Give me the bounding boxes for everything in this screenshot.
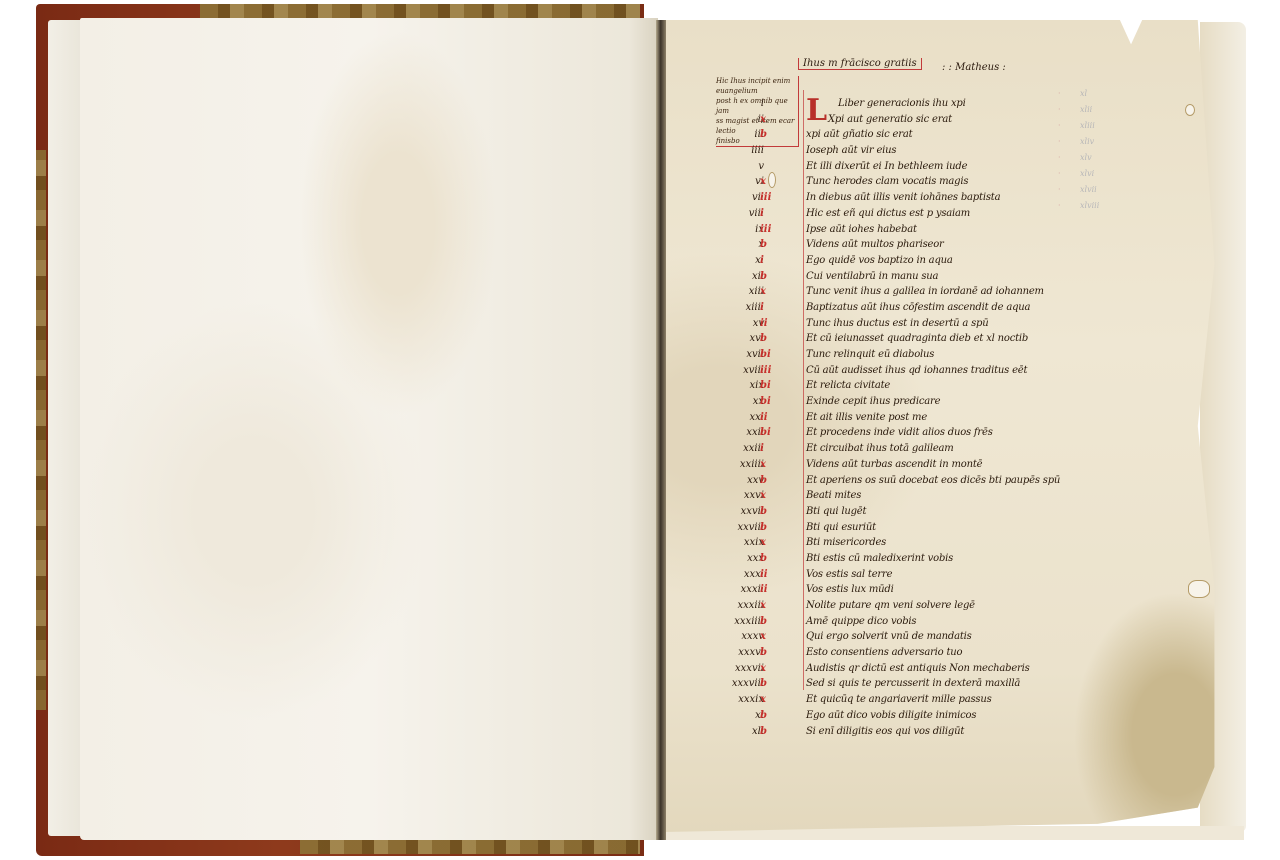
chapter-number: vii [704, 192, 764, 203]
chapter-number: xxi [704, 412, 764, 423]
chapter-row: xxiiiixVidens aūt turbas ascendit in mon… [704, 459, 1224, 475]
chapter-row: xiiiiiBaptizatus aūt ihus cōfestim ascen… [704, 302, 1224, 318]
chapter-row: ixiiiIpse aūt iohes habebat [704, 224, 1224, 240]
rubric-mark: b [760, 616, 790, 627]
chapter-incipit: Ipse aūt iohes habebat [806, 224, 917, 235]
chapter-number: xxx [704, 553, 764, 564]
chapter-row: xxxvibEsto consentiens adversario tuo [704, 647, 1224, 663]
chapter-row: xviiTunc ihus ductus est in desertū a sp… [704, 318, 1224, 334]
chapter-row: iiibxpi aūt gñatio sic erat [704, 129, 1224, 145]
chapter-row: xiibCui ventilabrū in manu sua [704, 271, 1224, 287]
chapter-row: xxiibiEt procedens inde vidit alios duos… [704, 427, 1224, 443]
rubric-mark: bi [760, 396, 790, 407]
chapter-number: xv [704, 318, 764, 329]
chapter-number: xxxiiii [704, 616, 764, 627]
chapter-incipit: Et aperiens os suū docebat eos dicēs bti… [806, 475, 1060, 486]
chapter-incipit: Et ait illis venite post me [806, 412, 927, 423]
chapter-incipit: Esto consentiens adversario tuo [806, 647, 962, 658]
chapter-number: iiii [704, 145, 764, 156]
chapter-number: vi [704, 176, 764, 187]
chapter-number: viii [704, 208, 764, 219]
chapter-number: iii [704, 129, 764, 140]
rubric-mark: x [760, 286, 790, 297]
chapter-incipit: Baptizatus aūt ihus cōfestim ascendit de… [806, 302, 1030, 313]
bleedthrough-mark: · [1058, 134, 1061, 150]
chapter-number: ii [704, 114, 764, 125]
chapter-row: xviiiiiiCū aūt audisset ihus qd iohannes… [704, 365, 1224, 381]
chapter-incipit: Hic est eñ qui dictus est p ysaiam [806, 208, 970, 219]
chapter-number: xviii [704, 365, 764, 376]
rubric-mark: b [760, 475, 790, 486]
book-gutter [656, 20, 666, 840]
chapter-row: xviibiTunc relinquit eū diabolus [704, 349, 1224, 365]
bleedthrough-mark: · [1058, 166, 1061, 182]
bleedthrough-mark: · [1058, 182, 1061, 198]
bleedthrough-number: xliv [1080, 134, 1099, 150]
chapter-number: xxxii [704, 584, 764, 595]
chapter-row: viiiiHic est eñ qui dictus est p ysaiam [704, 208, 1224, 224]
chapter-row: iixXpi aut generatio sic erat [704, 114, 1224, 130]
chapter-row: xxiiiEt ait illis venite post me [704, 412, 1224, 428]
chapter-row: xxxixxEt quicūq te angariaverit mille pa… [704, 694, 1224, 710]
chapter-row: viiiiiIn diebus aūt illis venit iohānes … [704, 192, 1224, 208]
chapter-incipit: Ego quidē vos baptizo in aqua [806, 255, 953, 266]
rubric-mark: i [760, 255, 790, 266]
chapter-number: xxxix [704, 694, 764, 705]
bleedthrough-number: xlviii [1080, 198, 1099, 214]
rubric-mark: x [760, 537, 790, 548]
rubric-mark: ii [760, 318, 790, 329]
bleedthrough-number: xlvi [1080, 166, 1099, 182]
chapter-incipit: Liber generacionis ihu xpi [838, 98, 966, 109]
rubric-mark: i [760, 302, 790, 313]
chapter-incipit: Et cū ieiunasset quadraginta dieb et xl … [806, 333, 1028, 344]
chapter-incipit: Cū aūt audisset ihus qd iohannes traditu… [806, 365, 1027, 376]
rubric-mark: iii [760, 365, 790, 376]
bleedthrough-numbers: xlxliixliiixlivxlvxlvixlviixlviii [1080, 86, 1099, 214]
chapter-number: xxxi [704, 569, 764, 580]
chapter-number: xxxv [704, 631, 764, 642]
chapter-incipit: Ego aūt dico vobis diligite inimicos [806, 710, 976, 721]
chapter-number: xi [704, 255, 764, 266]
chapter-row: xvibEt cū ieiunasset quadraginta dieb et… [704, 333, 1224, 349]
chapter-number: xxxiii [704, 600, 764, 611]
bleedthrough-number: xlvii [1080, 182, 1099, 198]
left-blank-page [80, 18, 658, 840]
bleedthrough-number: xliii [1080, 118, 1099, 134]
chapter-incipit: xpi aūt gñatio sic erat [806, 129, 912, 140]
chapter-row: xxxvxQui ergo solverit vnū de mandatis [704, 631, 1224, 647]
chapter-number: xxxvii [704, 663, 764, 674]
bleedthrough-mark: · [1058, 150, 1061, 166]
chapter-number: xxviii [704, 522, 764, 533]
chapter-number: xxvii [704, 506, 764, 517]
chapter-incipit: Xpi aut generatio sic erat [828, 114, 952, 125]
rubric-mark: x [760, 663, 790, 674]
chapter-incipit: Bti qui lugēt [806, 506, 866, 517]
chapter-incipit: Nolite putare qm veni solvere legē [806, 600, 975, 611]
chapter-incipit: Bti qui esuriūt [806, 522, 876, 533]
chapter-row: xxxviixAudistis qr dictū est antiquis No… [704, 663, 1224, 679]
bleedthrough-mark: · [1058, 86, 1061, 102]
chapter-number: x [704, 239, 764, 250]
chapter-number: xli [704, 726, 764, 737]
running-title: Ihus m frācisco gratiis [798, 58, 922, 69]
rubric-mark: b [760, 678, 790, 689]
rubric-mark: x [760, 694, 790, 705]
rubric-mark: ii [760, 569, 790, 580]
bleedthrough-mark: · [1058, 198, 1061, 214]
rubric-mark: ii [760, 584, 790, 595]
chapter-row: xxbiExinde cepit ihus predicare [704, 396, 1224, 412]
chapter-incipit: Et illi dixerūt ei In bethleem iude [806, 161, 967, 172]
chapter-number: xiiii [704, 302, 764, 313]
chapter-row: xxxiiiVos estis sal terre [704, 569, 1224, 585]
chapter-number: xxv [704, 475, 764, 486]
chapter-number: ix [704, 224, 764, 235]
rubric-mark: x [760, 631, 790, 642]
rubric-mark: b [760, 239, 790, 250]
chapter-incipit: Cui ventilabrū in manu sua [806, 271, 938, 282]
chapter-row: xlibSi enī diligitis eos qui vos diligūt [704, 726, 1224, 742]
chapter-number: xiii [704, 286, 764, 297]
chapter-row: vixTunc herodes clam vocatis magis [704, 176, 1224, 192]
chapter-incipit: Videns aūt turbas ascendit in montē [806, 459, 982, 470]
chapter-row: xxxviiibSed si quis te percusserit in de… [704, 678, 1224, 694]
chapter-number: xvi [704, 333, 764, 344]
rubric-mark: iii [760, 224, 790, 235]
chapter-incipit: Vos estis lux mūdi [806, 584, 894, 595]
chapter-row: xxxiiixNolite putare qm veni solvere leg… [704, 600, 1224, 616]
rubric-mark: b [760, 553, 790, 564]
chapter-incipit: Ioseph aūt vir eius [806, 145, 896, 156]
chapter-number: xxii [704, 427, 764, 438]
marbled-cover-top [200, 4, 640, 18]
chapter-number: xix [704, 380, 764, 391]
rubric-mark: bi [760, 380, 790, 391]
chapter-row: xxviibBti qui lugēt [704, 506, 1224, 522]
chapter-incipit: Amē quippe dico vobis [806, 616, 916, 627]
rubric-mark: x [760, 459, 790, 470]
rubric-mark: x [760, 114, 790, 125]
bleedthrough-rubrics: ········ [1058, 86, 1061, 214]
chapter-number: xxxviii [704, 678, 764, 689]
marbled-cover-left [36, 150, 46, 710]
chapter-row: xlbEgo aūt dico vobis diligite inimicos [704, 710, 1224, 726]
rubric-mark: ii [760, 412, 790, 423]
chapter-row: xiiixTunc venit ihus a galilea in iordan… [704, 286, 1224, 302]
book-name-heading: : : Matheus : [942, 62, 1006, 73]
chapter-number: xxvi [704, 490, 764, 501]
chapter-row: xxvbEt aperiens os suū docebat eos dicēs… [704, 475, 1224, 491]
chapter-row: iLiber generacionis ihu xpi [704, 98, 1224, 114]
rubric-mark: i [760, 443, 790, 454]
chapter-row: xbVidens aūt multos phariseor [704, 239, 1224, 255]
chapter-number: xxxvi [704, 647, 764, 658]
chapter-incipit: Et procedens inde vidit alios duos frēs [806, 427, 993, 438]
rubric-mark: b [760, 506, 790, 517]
rubric-mark: b [760, 271, 790, 282]
bleedthrough-mark: · [1058, 118, 1061, 134]
chapter-row: xiiEgo quidē vos baptizo in aqua [704, 255, 1224, 271]
rubric-mark: bi [760, 349, 790, 360]
chapter-row: xxxiiiibAmē quippe dico vobis [704, 616, 1224, 632]
chapter-incipit: Qui ergo solverit vnū de mandatis [806, 631, 972, 642]
chapter-incipit: Tunc relinquit eū diabolus [806, 349, 934, 360]
chapter-incipit: Bti estis cū maledixerint vobis [806, 553, 953, 564]
rubric-mark: b [760, 522, 790, 533]
rubric-mark: b [760, 129, 790, 140]
chapter-incipit: Exinde cepit ihus predicare [806, 396, 940, 407]
chapter-incipit: In diebus aūt illis venit iohānes baptis… [806, 192, 1000, 203]
rubric-mark: b [760, 647, 790, 658]
chapter-number: xxix [704, 537, 764, 548]
chapter-number: xxiiii [704, 459, 764, 470]
chapter-incipit: Beati mites [806, 490, 861, 501]
bleedthrough-mark: · [1058, 102, 1061, 118]
chapter-incipit: Tunc ihus ductus est in desertū a spū [806, 318, 989, 329]
chapter-row: xxviiibBti qui esuriūt [704, 522, 1224, 538]
rubric-mark: b [760, 710, 790, 721]
chapter-row: xxiiiiEt circuibat ihus totā galileam [704, 443, 1224, 459]
chapter-incipit: Et circuibat ihus totā galileam [806, 443, 954, 454]
rubric-mark: x [760, 176, 790, 187]
rubric-mark: i [760, 208, 790, 219]
chapter-incipit: Et relicta civitate [806, 380, 890, 391]
rubric-mark: x [760, 490, 790, 501]
marbled-cover-bottom [300, 840, 640, 854]
bleedthrough-number: xlii [1080, 102, 1099, 118]
chapter-row: xixbiEt relicta civitate [704, 380, 1224, 396]
chapter-row: xxxiiiiVos estis lux mūdi [704, 584, 1224, 600]
chapter-number: v [704, 161, 764, 172]
bleedthrough-number: xlv [1080, 150, 1099, 166]
rubric-mark: iii [760, 192, 790, 203]
chapter-incipit: Tunc herodes clam vocatis magis [806, 176, 968, 187]
chapter-row: xxxbBti estis cū maledixerint vobis [704, 553, 1224, 569]
chapter-incipit: Si enī diligitis eos qui vos diligūt [806, 726, 964, 737]
chapter-number: xx [704, 396, 764, 407]
rubric-mark: bi [760, 427, 790, 438]
rubric-mark: b [760, 333, 790, 344]
chapter-number: xvii [704, 349, 764, 360]
chapter-number: i [704, 98, 764, 109]
chapter-number: xl [704, 710, 764, 721]
chapter-row: xxixxBti misericordes [704, 537, 1224, 553]
chapter-incipit: Sed si quis te percusserit in dexterā ma… [806, 678, 1020, 689]
chapter-incipit: Videns aūt multos phariseor [806, 239, 944, 250]
chapter-list: iLiber generacionis ihu xpiiixXpi aut ge… [704, 98, 1224, 741]
chapter-incipit: Bti misericordes [806, 537, 886, 548]
chapter-row: xxvixBeati mites [704, 490, 1224, 506]
chapter-incipit: Tunc venit ihus a galilea in iordanē ad … [806, 286, 1044, 297]
chapter-incipit: Audistis qr dictū est antiquis Non mecha… [806, 663, 1030, 674]
chapter-number: xii [704, 271, 764, 282]
chapter-row: iiiiIoseph aūt vir eius [704, 145, 1224, 161]
chapter-row: vEt illi dixerūt ei In bethleem iude [704, 161, 1224, 177]
chapter-number: xxiii [704, 443, 764, 454]
rubric-mark: b [760, 726, 790, 737]
chapter-incipit: Et quicūq te angariaverit mille passus [806, 694, 992, 705]
bleedthrough-number: xl [1080, 86, 1099, 102]
chapter-incipit: Vos estis sal terre [806, 569, 892, 580]
rubric-mark: x [760, 600, 790, 611]
